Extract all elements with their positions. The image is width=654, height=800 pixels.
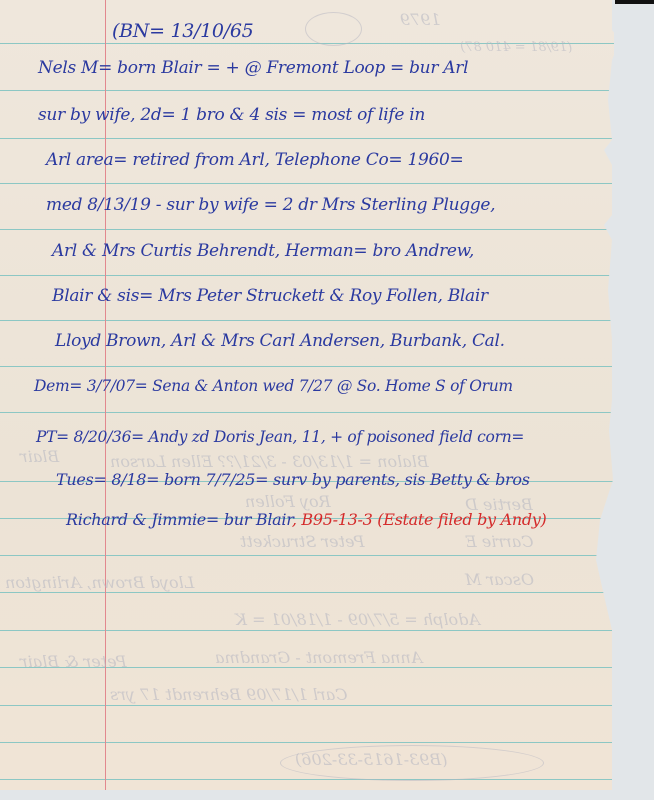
- text-line-11: Richard & Jimmie= bur Blair, B95-13-3 (E…: [66, 510, 546, 529]
- ruled-line: [0, 229, 614, 230]
- bleedthrough-text: Blalon = 1/13/03 - 3/21/?? Ellen Larson: [110, 452, 429, 471]
- header-reference: (BN= 13/10/65: [112, 20, 253, 42]
- text-line-7: Lloyd Brown, Arl & Mrs Carl Andersen, Bu…: [55, 331, 505, 351]
- ruled-line: [0, 630, 614, 631]
- bleedthrough-oval: [305, 12, 362, 46]
- ruled-line: [0, 320, 614, 321]
- ruled-line: [0, 592, 614, 593]
- ruled-line: [0, 412, 614, 413]
- bleedthrough-text: Roy Follen: [245, 492, 331, 511]
- ruled-line: [0, 183, 614, 184]
- text-line-9: PT= 8/20/36= Andy zd Doris Jean, 11, + o…: [36, 428, 524, 446]
- ruled-line: [0, 366, 614, 367]
- bleedthrough-text: Peter & Blair: [20, 652, 127, 671]
- bleedthrough-text: Carl 1/17/09 Behrendt 17 yrs: [110, 685, 347, 704]
- text-line-2: sur by wife, 2d= 1 bro & 4 sis = most of…: [38, 105, 425, 125]
- text-line-11-blue: Richard & Jimmie= bur Blair: [66, 510, 292, 529]
- ruled-line: [0, 555, 614, 556]
- bleedthrough-text: Oscar M: [465, 570, 534, 589]
- bleedthrough-oval: [280, 745, 544, 781]
- bleedthrough-text: Adolph = 5/7/09 - 1/18/01 = K: [235, 610, 480, 629]
- text-line-3: Arl area= retired from Arl, Telephone Co…: [46, 150, 463, 170]
- text-line-5: Arl & Mrs Curtis Behrendt, Herman= bro A…: [52, 241, 474, 261]
- bleedthrough-text: Anna Fremont - Grandma: [215, 648, 422, 667]
- text-line-1: Nels M= born Blair = + @ Fremont Loop = …: [38, 58, 468, 78]
- bleedthrough-text: Carrie E: [465, 532, 533, 551]
- bleedthrough-text: 1979: [400, 10, 441, 29]
- bleedthrough-text: (19/81 = 410 87): [460, 40, 572, 55]
- red-estate-annotation: , B95-13-3 (Estate filed by Andy): [292, 510, 547, 529]
- ruled-line: [0, 275, 614, 276]
- ruled-line: [0, 90, 614, 91]
- bleedthrough-text: Blair: [20, 447, 59, 466]
- ruled-line: [0, 705, 614, 706]
- ruled-line: [0, 138, 614, 139]
- text-line-10: Tues= 8/18= born 7/7/25= surv by parents…: [56, 470, 530, 489]
- text-line-4: med 8/13/19 - sur by wife = 2 dr Mrs Ste…: [46, 195, 495, 215]
- text-line-6: Blair & sis= Mrs Peter Struckett & Roy F…: [52, 286, 488, 306]
- text-line-8: Dem= 3/7/07= Sena & Anton wed 7/27 @ So.…: [34, 377, 513, 395]
- notebook-page: 1979 (19/81 = 410 87) Blair Blalon = 1/1…: [0, 0, 614, 790]
- scan-edge-bar: [615, 0, 654, 4]
- ruled-line: [0, 742, 614, 743]
- bleedthrough-text: Lloyd Brown, Arlington: [5, 573, 194, 592]
- ruled-line: [0, 779, 614, 780]
- bleedthrough-text: Peter Struckett: [240, 532, 364, 551]
